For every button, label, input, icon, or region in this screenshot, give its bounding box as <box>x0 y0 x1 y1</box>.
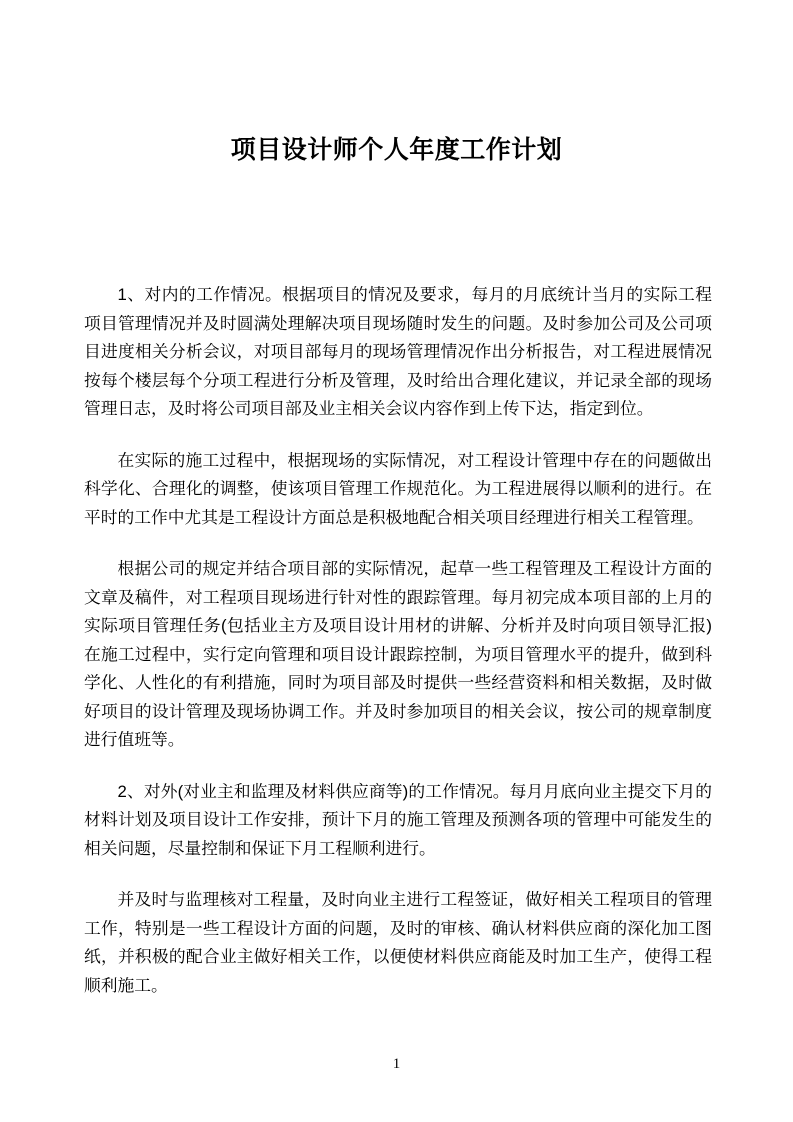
document-title: 项目设计师个人年度工作计划 <box>0 130 793 166</box>
page-number: 1 <box>0 1056 793 1073</box>
paragraph-external-work: 2、对外(对业主和监理及材料供应商等)的工作情况。每月月底向业主提交下月的材料计… <box>84 778 712 864</box>
paragraph-supervision-check: 并及时与监理核对工程量，及时向业主进行工程签证，做好相关工程项目的管理工作，特别… <box>84 886 712 1000</box>
paragraph-company-rules: 根据公司的规定并结合项目部的实际情况，起草一些工程管理及工程设计方面的文章及稿件… <box>84 555 712 755</box>
paragraph-internal-work: 1、对内的工作情况。根据项目的情况及要求，每月的月底统计当月的实际工程项目管理情… <box>84 281 712 424</box>
document-body: 1、对内的工作情况。根据项目的情况及要求，每月的月底统计当月的实际工程项目管理情… <box>84 281 712 1023</box>
paragraph-construction-process: 在实际的施工过程中，根据现场的实际情况，对工程设计管理中存在的问题做出科学化、合… <box>84 447 712 533</box>
document-page: 项目设计师个人年度工作计划 1、对内的工作情况。根据项目的情况及要求，每月的月底… <box>0 0 793 1122</box>
